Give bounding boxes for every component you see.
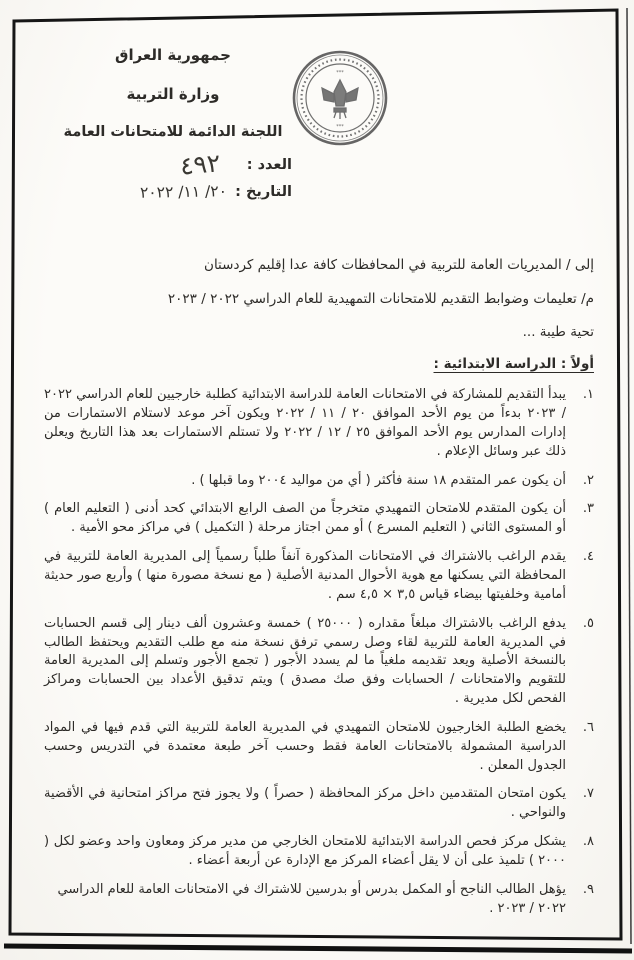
item-number: ٣.: [566, 500, 594, 538]
letter-number-row: العدد : ٤٩٢: [62, 152, 292, 177]
letter-date-row: التاريخ : ٢٠/ ١١/ ٢٠٢٢: [62, 183, 292, 201]
letterhead-committee: اللجنة الدائمة للامتحانات العامة: [54, 124, 292, 141]
item-text: يخضع الطلبة الخارجيون للامتحان التمهيدي …: [44, 719, 566, 776]
svg-text:***: ***: [336, 124, 344, 130]
item-text: أن يكون عمر المتقدم ١٨ سنة فأكثر ( أي من…: [44, 472, 566, 491]
item-text: يشكل مركز فحص الدراسة الابتدائية للامتحا…: [44, 833, 566, 871]
item-text: يدفع الراغب بالاشتراك مبلغاً مقداره ( ٢٥…: [44, 615, 566, 709]
greeting-line: تحية طيبة ...: [44, 323, 594, 343]
letterhead-country: جمهورية العراق: [54, 46, 292, 64]
item-number: ٢.: [566, 472, 594, 491]
item-text: يؤهل الطالب الناجح أو المكمل بدرس أو بدر…: [44, 881, 566, 919]
list-item: ٣. أن يكون المتقدم للامتحان التمهيدي متخ…: [44, 500, 594, 538]
list-item: ٩. يؤهل الطالب الناجح أو المكمل بدرس أو …: [44, 881, 594, 919]
letter-meta: العدد : ٤٩٢ التاريخ : ٢٠/ ١١/ ٢٠٢٢: [62, 152, 292, 207]
item-number: ٦.: [566, 719, 594, 776]
item-number: ٤.: [566, 548, 594, 605]
letter-content: جمهورية العراق وزارة التربية اللجنة الدا…: [42, 28, 596, 938]
item-number: ٨.: [566, 833, 594, 871]
date-label: التاريخ :: [235, 184, 292, 200]
list-item: ٤. يقدم الراغب بالاشتراك في الامتحانات ا…: [44, 548, 594, 605]
number-label: العدد :: [247, 157, 292, 173]
list-item: ٨. يشكل مركز فحص الدراسة الابتدائية للام…: [44, 833, 594, 871]
scanned-letter-page: جمهورية العراق وزارة التربية اللجنة الدا…: [0, 0, 634, 960]
letterhead-ministry: وزارة التربية: [54, 85, 292, 103]
item-text: يبدأ التقديم للمشاركة في الامتحانات العا…: [44, 386, 566, 461]
number-value-handwritten: ٤٩٢: [179, 150, 221, 178]
item-number: ١.: [566, 386, 594, 461]
item-number: ٧.: [566, 785, 594, 823]
list-item: ٦. يخضع الطلبة الخارجيون للامتحان التمهي…: [44, 719, 594, 776]
list-item: ٥. يدفع الراغب بالاشتراك مبلغاً مقداره (…: [44, 615, 594, 709]
item-text: يقدم الراغب بالاشتراك في الامتحانات المذ…: [44, 548, 566, 605]
item-text: يكون امتحان المتقدمين داخل مركز المحافظة…: [44, 785, 566, 823]
instruction-list: ١. يبدأ التقديم للمشاركة في الامتحانات ا…: [44, 386, 594, 918]
section-title-primary-study: أولاً : الدراسة الابتدائية :: [44, 355, 594, 375]
ministry-seal-icon: *** ***: [290, 48, 390, 148]
letterhead: جمهورية العراق وزارة التربية اللجنة الدا…: [54, 46, 292, 162]
list-item: ٢. أن يكون عمر المتقدم ١٨ سنة فأكثر ( أي…: [44, 472, 594, 491]
letter-body: إلى / المديريات العامة للتربية في المحاف…: [44, 256, 594, 929]
list-item: ١. يبدأ التقديم للمشاركة في الامتحانات ا…: [44, 386, 594, 461]
item-number: ٥.: [566, 615, 594, 709]
svg-text:***: ***: [336, 70, 344, 76]
addressee-line: إلى / المديريات العامة للتربية في المحاف…: [44, 256, 594, 276]
subject-line: م/ تعليمات وضوابط التقديم للامتحانات الت…: [44, 290, 594, 310]
list-item: ٧. يكون امتحان المتقدمين داخل مركز المحا…: [44, 785, 594, 823]
item-number: ٩.: [566, 881, 594, 919]
item-text: أن يكون المتقدم للامتحان التمهيدي متخرجا…: [44, 500, 566, 538]
date-value: ٢٠/ ١١/ ٢٠٢٢: [140, 182, 227, 202]
